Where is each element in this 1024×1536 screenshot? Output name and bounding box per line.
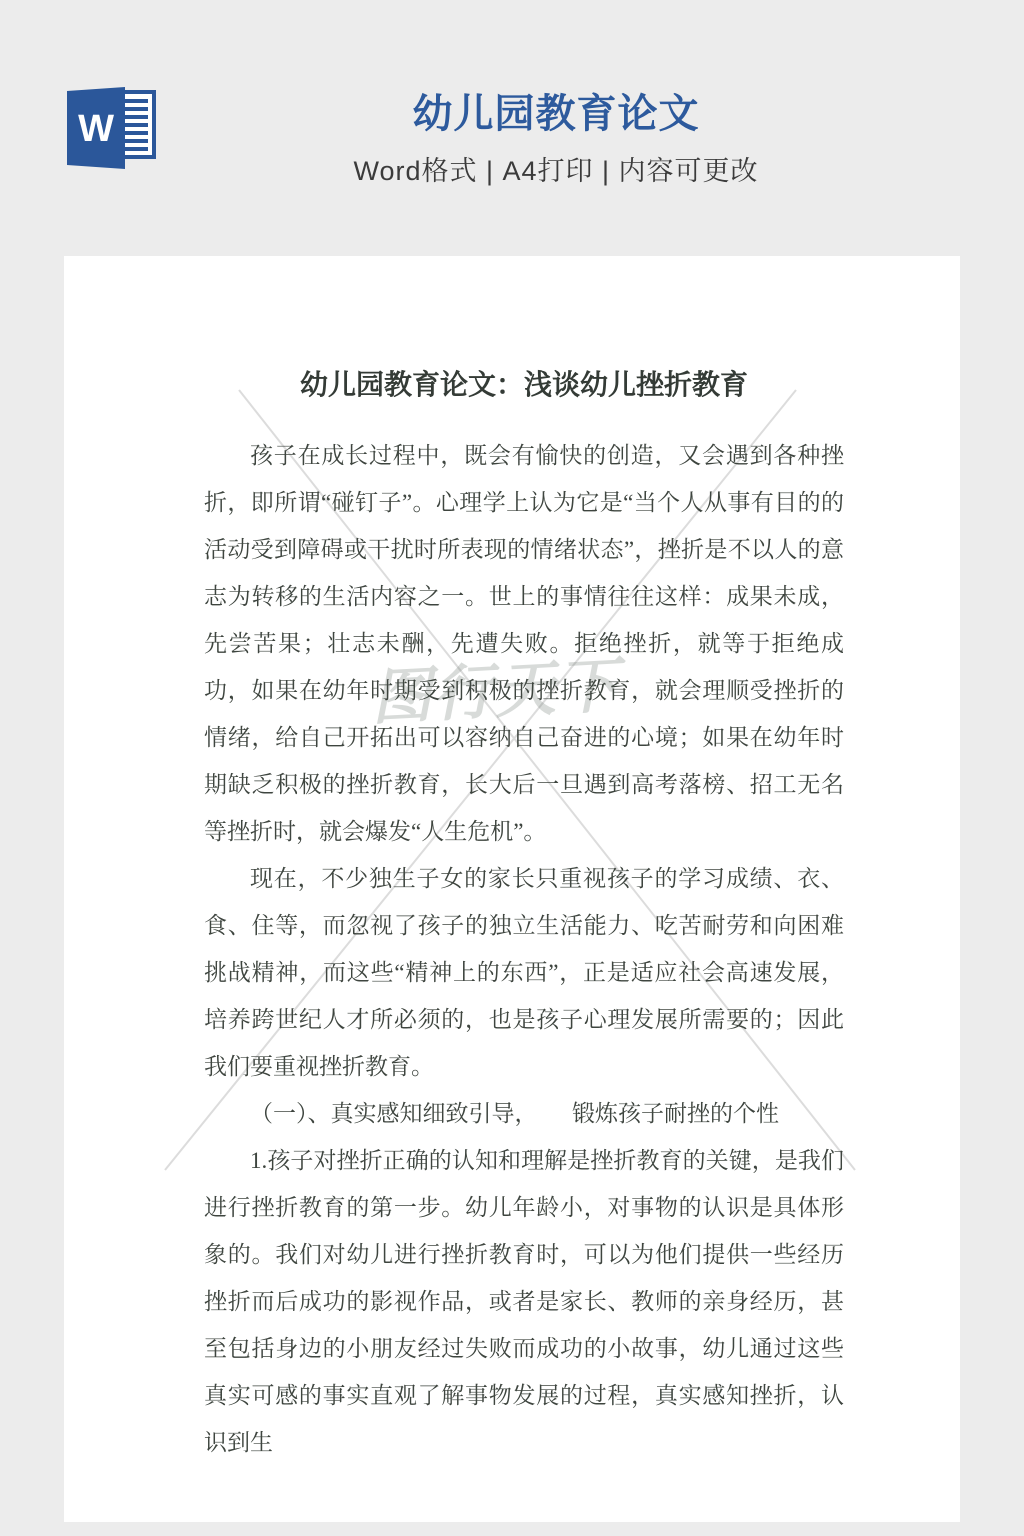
document-page: 图行天下 幼儿园教育论文：浅谈幼儿挫折教育 孩子在成长过程中，既会有愉快的创造，… bbox=[64, 256, 960, 1522]
document-title: 幼儿园教育论文：浅谈幼儿挫折教育 bbox=[204, 368, 844, 404]
word-icon: W bbox=[64, 87, 158, 169]
header-title: 幼儿园教育论文 bbox=[300, 90, 812, 138]
word-icon-w-letter: W bbox=[78, 108, 114, 150]
paragraph: 现在，不少独生子女的家长只重视孩子的学习成绩、衣、食、住等，而忽视了孩子的独立生… bbox=[204, 855, 844, 1090]
paragraph: 1.孩子对挫折正确的认知和理解是挫折教育的关键，是我们进行挫折教育的第一步。幼儿… bbox=[204, 1137, 844, 1466]
paragraph: 孩子在成长过程中，既会有愉快的创造，又会遇到各种挫折，即所谓“碰钉子”。心理学上… bbox=[204, 432, 844, 855]
document-body: 孩子在成长过程中，既会有愉快的创造，又会遇到各种挫折，即所谓“碰钉子”。心理学上… bbox=[204, 432, 844, 1466]
paragraph: （一）、真实感知细致引导， 锻炼孩子耐挫的个性 bbox=[204, 1090, 844, 1137]
header-subtitle: Word格式 | A4打印 | 内容可更改 bbox=[300, 149, 812, 188]
header-text-block: 幼儿园教育论文 Word格式 | A4打印 | 内容可更改 bbox=[300, 90, 812, 188]
page-header: W 幼儿园教育论文 Word格式 | A4打印 | 内容可更改 bbox=[0, 0, 1024, 256]
